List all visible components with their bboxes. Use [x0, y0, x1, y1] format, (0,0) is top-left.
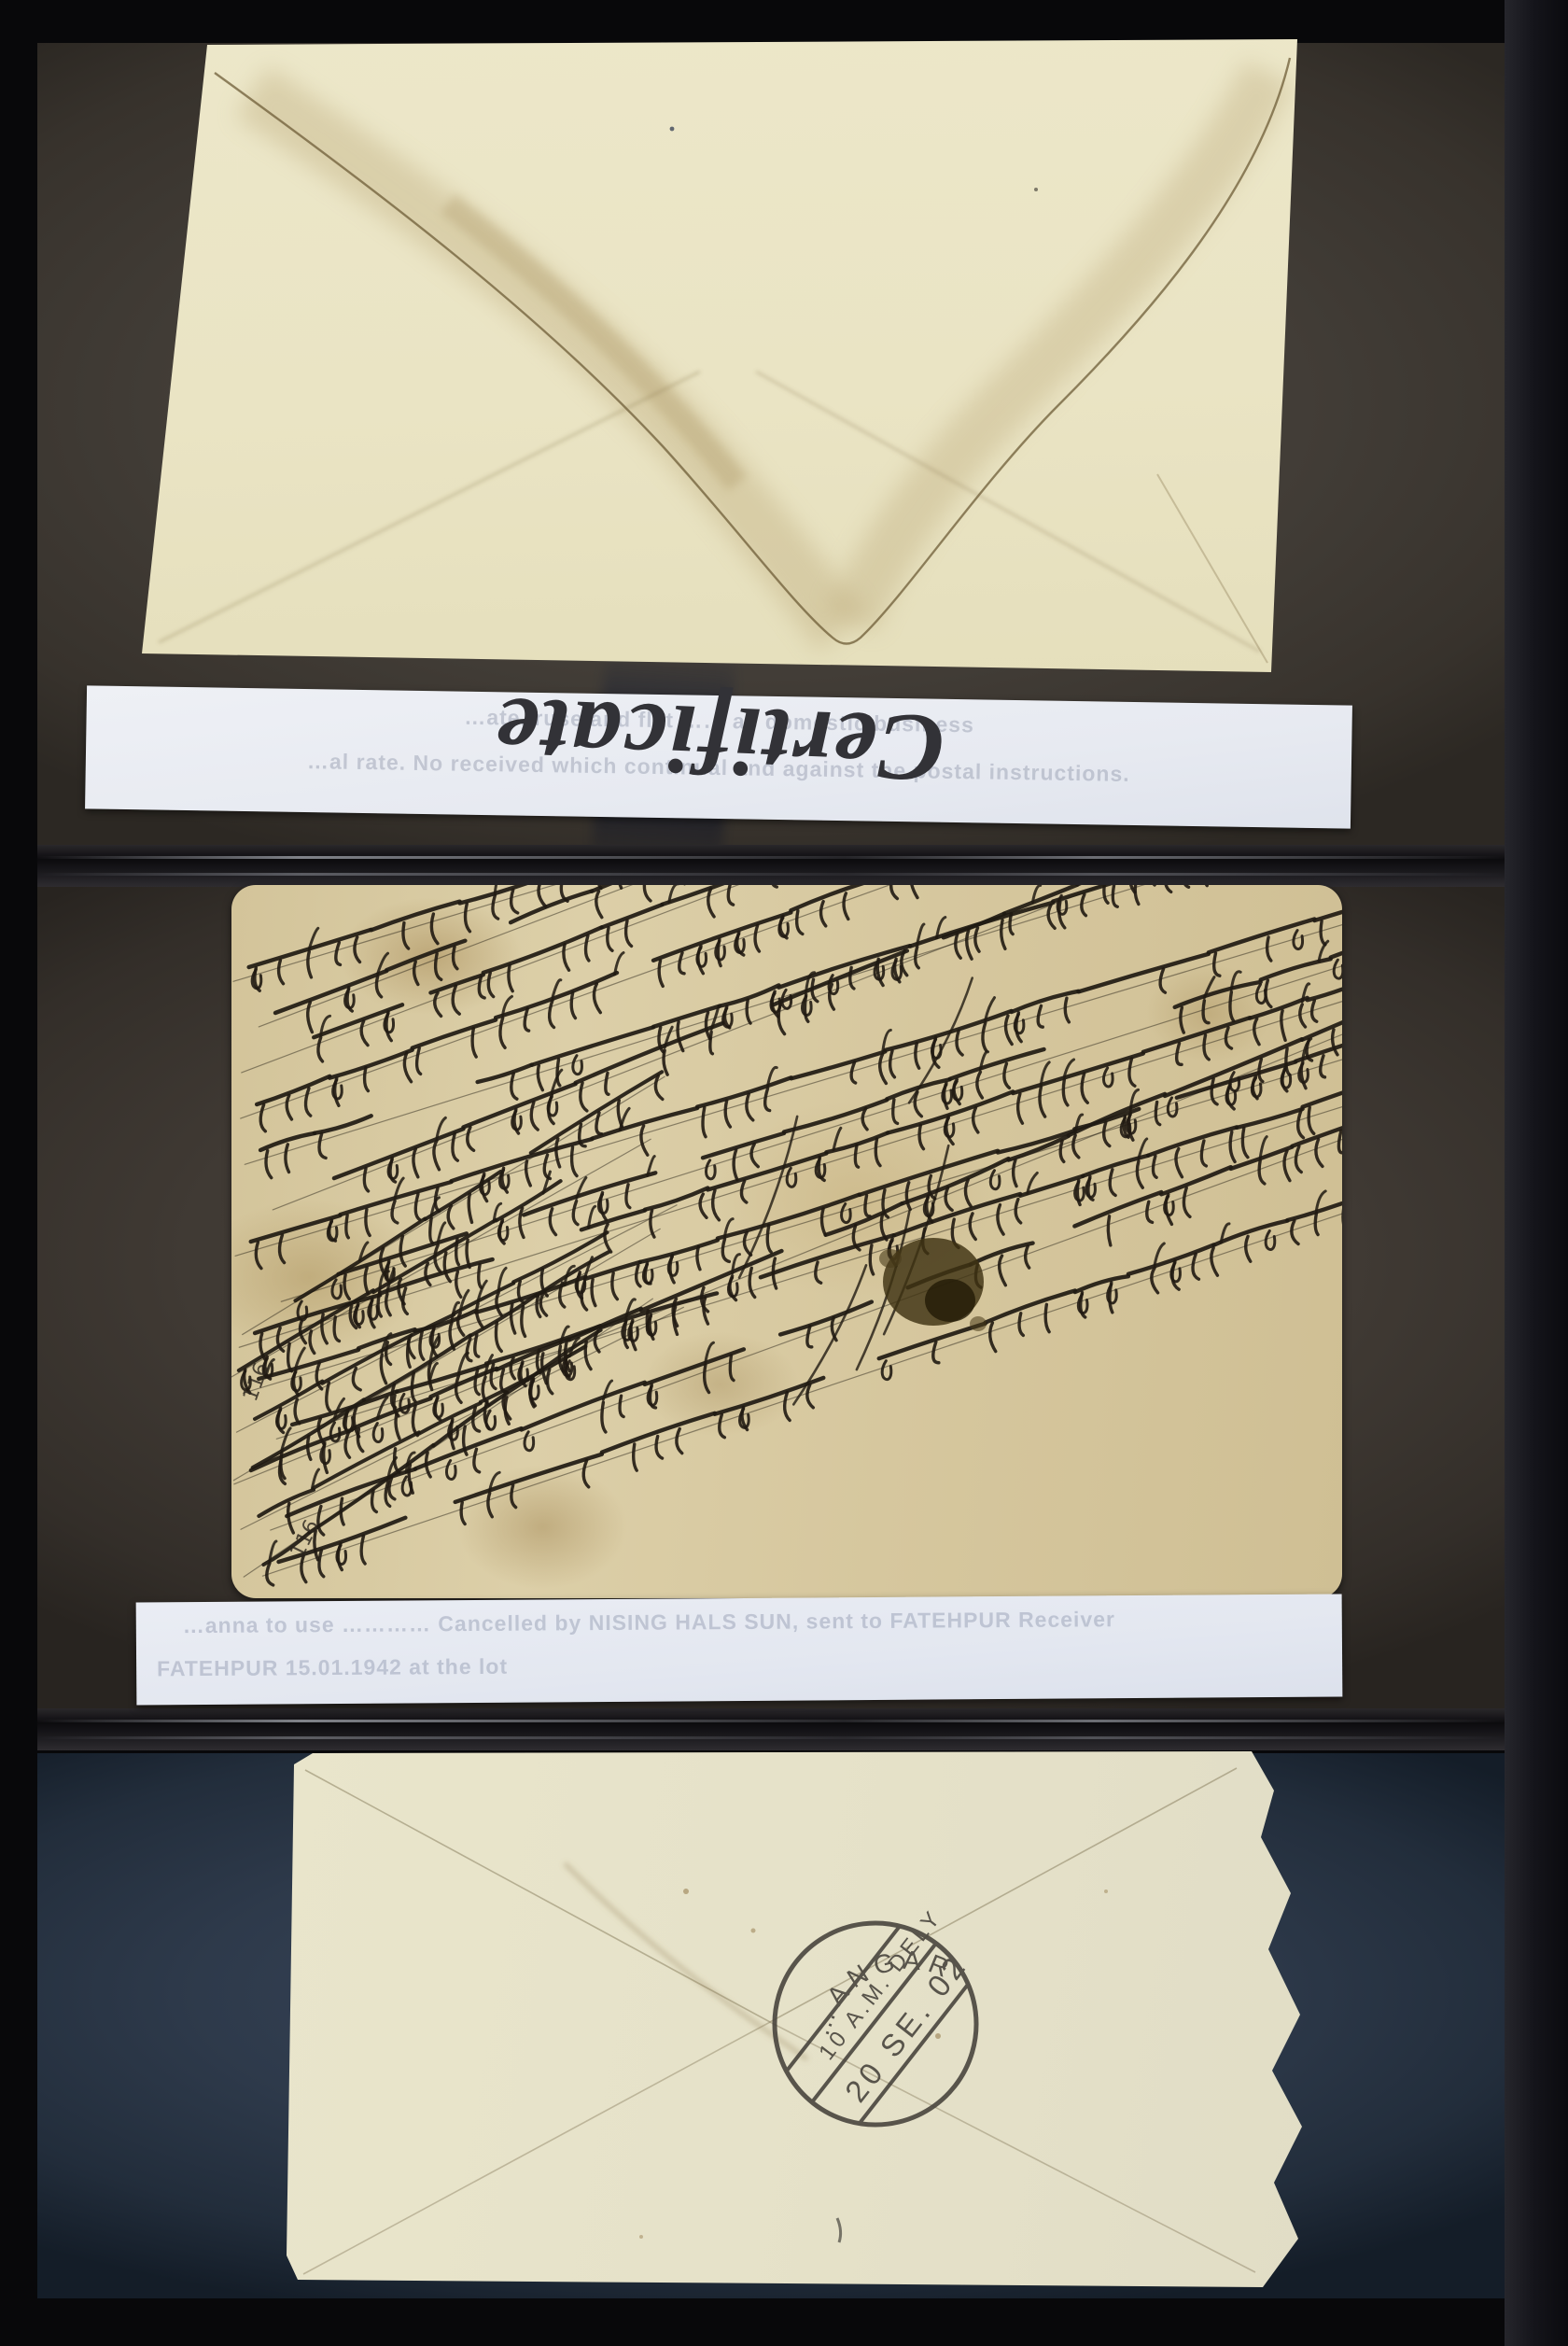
handwriting-stroke — [1168, 1098, 1177, 1117]
handwriting-stroke — [705, 1365, 709, 1392]
sleeve-seam-highlight — [37, 856, 1505, 859]
handwriting-stroke — [308, 1437, 311, 1460]
handwriting-stroke — [538, 1065, 542, 1089]
handwriting-stroke — [973, 1108, 978, 1132]
handwriting-stroke — [807, 1327, 812, 1347]
handwriting-stroke — [467, 1240, 469, 1267]
handwriting-stroke — [1338, 1131, 1342, 1152]
handwriting-stroke — [376, 976, 381, 997]
handwriting-stroke — [1246, 1236, 1251, 1261]
handwriting-stroke — [1153, 1156, 1156, 1177]
handwriting-stroke — [772, 885, 777, 887]
handwriting-stroke — [616, 885, 621, 888]
handwriting-stroke — [957, 1031, 962, 1055]
handwriting-stroke — [479, 1265, 482, 1288]
handwriting-stroke — [747, 1094, 753, 1120]
handwriting-stroke — [444, 1253, 450, 1282]
handwriting-stroke — [456, 1271, 461, 1297]
handwriting-stroke — [1073, 1135, 1079, 1158]
handwriting-stroke — [1015, 1200, 1020, 1223]
handwriting-stroke — [1259, 1160, 1265, 1184]
handwriting-stroke — [319, 1133, 326, 1158]
handwriting-stroke — [1040, 1087, 1045, 1117]
handwriting-stroke — [1175, 982, 1261, 1007]
handwriting-stroke — [1201, 885, 1207, 886]
handwriting-stroke — [522, 1307, 525, 1337]
caption-bleed-text: …anna to use ………… Cancelled by NISING HA… — [183, 1607, 1115, 1638]
handwriting-stroke — [749, 1268, 755, 1297]
handwriting-stroke — [1334, 960, 1342, 978]
handwriting-stroke — [1321, 1056, 1325, 1077]
handwriting-stroke — [1183, 885, 1189, 887]
handwriting-stroke — [259, 1350, 358, 1379]
handwriting-stroke — [345, 1433, 349, 1457]
handwriting-stroke — [371, 902, 460, 931]
handwriting-stroke — [280, 1235, 285, 1263]
handwriting-stroke — [919, 1125, 923, 1148]
handwriting-stroke — [608, 928, 612, 951]
handwriting-stroke — [906, 1183, 910, 1210]
handwriting-stroke — [594, 984, 600, 1013]
sleeve-seam-highlight — [37, 1736, 1505, 1739]
handwriting-stroke — [1148, 1127, 1237, 1155]
handwriting-stroke — [882, 1361, 891, 1380]
handwriting-stroke — [496, 1323, 501, 1352]
handwriting-stroke — [678, 1021, 683, 1050]
foxing-speck — [1104, 1889, 1108, 1893]
handwriting-stroke — [710, 1032, 713, 1053]
handwriting-stroke — [592, 1108, 697, 1139]
handwriting-stroke — [573, 1056, 582, 1075]
handwriting-stroke — [722, 1239, 729, 1261]
top-envelope — [140, 35, 1302, 678]
foxing-speck — [751, 1929, 756, 1933]
handwriting-stroke — [353, 1369, 360, 1390]
handwriting-stroke — [990, 1323, 996, 1351]
handwriting-stroke — [1155, 1102, 1159, 1124]
handwriting-stroke — [664, 1050, 667, 1075]
bottom-envelope: …ANGARH 10 A.M. DELY 20 SE. 02 — [285, 1751, 1311, 2293]
handwriting-stroke — [464, 1426, 467, 1454]
handwriting-stroke — [361, 1536, 365, 1564]
handwriting-stroke — [602, 1402, 606, 1432]
handwriting-stroke — [643, 1265, 652, 1284]
handwriting-stroke — [1193, 1254, 1198, 1279]
handwriting-stroke — [656, 1436, 663, 1458]
handwriting-stroke — [778, 1004, 784, 1033]
handwriting-stroke — [880, 1054, 887, 1084]
handwriting-stroke — [659, 961, 663, 986]
handwriting-stroke — [344, 1274, 349, 1299]
handwriting-stroke — [592, 1279, 595, 1305]
handwriting-stroke — [975, 928, 979, 951]
handwriting-stroke — [1309, 1107, 1314, 1133]
handwriting-stroke — [556, 1139, 560, 1167]
handwriting-stroke — [765, 1089, 770, 1111]
handwriting-stroke — [520, 1208, 524, 1237]
handwriting-stroke — [842, 1204, 851, 1223]
handwriting-stroke — [596, 892, 602, 918]
handwriting-stroke — [885, 1011, 1011, 1050]
handwriting-stroke — [703, 1107, 706, 1136]
handwriting-stroke — [1300, 1004, 1306, 1027]
handwriting-stroke — [455, 1454, 602, 1502]
handwriting-stroke — [292, 1372, 301, 1391]
handwriting-stroke — [986, 1291, 1075, 1323]
handwriting-stroke — [713, 1190, 720, 1220]
handwriting-stroke — [784, 1100, 887, 1131]
handwriting-stroke — [336, 943, 341, 965]
handwriting-stroke — [366, 1210, 370, 1236]
handwriting-stroke — [747, 1000, 750, 1023]
handwriting-stroke — [734, 1150, 737, 1180]
handwriting-stroke — [697, 1077, 791, 1106]
handwriting-stroke — [620, 1396, 623, 1416]
caption-strip: …anna to use ………… Cancelled by NISING HA… — [136, 1594, 1343, 1705]
handwriting-stroke — [1018, 1094, 1023, 1124]
handwriting-stroke — [475, 1335, 479, 1357]
handwriting-stroke — [1104, 885, 1108, 903]
handwriting-stroke — [677, 1429, 682, 1454]
handwriting-stroke — [392, 1201, 398, 1223]
handwriting-stroke — [730, 1356, 734, 1381]
handwriting-stroke — [346, 1215, 348, 1238]
devanagari-handwriting — [231, 885, 1342, 1598]
handwriting-stroke — [1075, 1276, 1128, 1292]
handwriting-stroke — [970, 1214, 975, 1240]
handwriting-stroke — [990, 1171, 1000, 1189]
handwriting-stroke — [953, 1081, 962, 1100]
handwriting-stroke — [573, 1201, 578, 1224]
handwriting-stroke — [641, 1126, 648, 1155]
handwriting-stroke — [644, 885, 651, 901]
handwriting-stroke — [251, 1430, 352, 1470]
handwriting-stroke — [369, 1300, 378, 1319]
handwriting-stroke — [998, 1205, 1003, 1235]
handwriting-stroke — [1045, 1304, 1049, 1331]
handwriting-stroke — [1308, 981, 1342, 1000]
bottom-envelope-detail: …ANGARH 10 A.M. DELY 20 SE. 02 — [285, 1751, 1311, 2293]
handwriting-stroke — [389, 1478, 395, 1499]
handwriting-stroke — [1181, 1007, 1183, 1033]
handwriting-stroke — [461, 1502, 465, 1524]
handwriting-stroke — [679, 953, 684, 974]
handwriting-stroke — [365, 1268, 368, 1294]
handwriting-stroke — [1160, 969, 1165, 992]
handwriting-stroke — [640, 1240, 718, 1261]
handwriting-stroke — [779, 946, 911, 988]
handwriting-stroke — [1225, 1028, 1231, 1048]
album-photo: …ate, ruse and flat …… as domestic busin… — [0, 0, 1568, 2346]
handwriting-stroke — [706, 1013, 709, 1039]
handwriting-stroke — [862, 1109, 867, 1130]
handwriting-stroke — [400, 1236, 405, 1266]
ink-blot — [879, 1249, 902, 1268]
handwriting-stroke — [626, 1185, 630, 1208]
handwriting-stroke — [605, 1224, 611, 1252]
handwriting-stroke — [720, 1414, 725, 1437]
handwriting-stroke — [787, 1168, 796, 1187]
handwriting-stroke — [509, 965, 512, 990]
handwriting-stroke — [486, 1411, 496, 1429]
handwriting-stroke — [1165, 1197, 1174, 1215]
handwriting-stroke — [707, 1153, 826, 1189]
handwriting-stroke — [564, 945, 569, 971]
handwriting-stroke — [529, 1381, 539, 1399]
handwriting-stroke — [1201, 1141, 1206, 1166]
handwriting-stroke — [1038, 1005, 1043, 1027]
handwriting-stroke — [744, 1232, 750, 1255]
handwriting-stroke — [488, 973, 493, 997]
handwritten-postcard: 116 116 — [231, 885, 1342, 1598]
ink-speck — [670, 127, 675, 132]
handwriting-stroke — [833, 1128, 841, 1150]
handwriting-stroke — [1110, 1170, 1115, 1196]
handwriting-stroke — [1211, 1248, 1218, 1275]
handwriting-stroke — [386, 1294, 390, 1315]
handwriting-stroke — [881, 1215, 887, 1240]
handwriting-stroke — [1267, 937, 1271, 961]
handwriting-stroke — [602, 905, 663, 928]
handwriting-stroke — [1292, 1221, 1298, 1244]
handwriting-stroke — [414, 962, 418, 984]
handwriting-stroke — [275, 971, 386, 1013]
handwriting-stroke — [505, 1398, 509, 1424]
handwriting-stroke — [1211, 1079, 1217, 1104]
handwriting-stroke — [653, 912, 791, 960]
handwriting-stroke — [1082, 1074, 1087, 1103]
handwriting-stroke — [915, 1092, 921, 1117]
handwriting-stroke — [945, 1118, 954, 1137]
handwriting-stroke — [550, 1209, 555, 1235]
handwriting-stroke — [295, 1399, 300, 1424]
certificate-strip: …ate, ruse and flat …… as domestic busin… — [85, 685, 1352, 828]
handwriting-stroke — [1230, 992, 1234, 1021]
handwriting-stroke — [417, 1048, 421, 1075]
handwriting-stroke — [950, 1049, 1044, 1079]
handwriting-stroke — [1135, 885, 1139, 904]
handwriting-stroke — [1315, 1214, 1318, 1235]
handwriting-stroke — [708, 889, 714, 917]
handwriting-stroke — [288, 1343, 292, 1370]
handwriting-stroke — [488, 1493, 492, 1516]
handwriting-stroke — [372, 1491, 377, 1512]
handwriting-stroke — [365, 1068, 369, 1091]
handwriting-stroke — [1129, 1059, 1135, 1086]
handwriting-stroke — [1214, 953, 1220, 976]
handwriting-stroke — [1065, 998, 1069, 1022]
handwriting-stroke — [645, 1188, 707, 1210]
handwriting-stroke — [751, 1145, 758, 1167]
handwriting-stroke — [479, 976, 484, 998]
handwriting-stroke — [1082, 894, 1086, 916]
handwriting-stroke — [245, 885, 1342, 1164]
sleeve-seam-lower — [37, 1708, 1505, 1750]
handwriting-stroke — [626, 920, 632, 946]
handwriting-stroke — [256, 1243, 261, 1269]
handwriting-stroke — [550, 1000, 554, 1028]
handwriting-stroke — [791, 1051, 886, 1078]
handwriting-stroke — [260, 1104, 265, 1131]
handwriting-stroke — [1177, 1044, 1182, 1065]
handwriting-stroke — [255, 1295, 380, 1333]
handwriting-stroke — [697, 948, 707, 966]
handwriting-stroke — [354, 1408, 358, 1437]
handwriting-stroke — [276, 1410, 286, 1428]
postmark: …ANGARH 10 A.M. DELY 20 SE. 02 — [734, 1862, 1032, 2165]
handwriting-stroke — [1204, 1035, 1209, 1060]
handwriting-stroke — [774, 950, 907, 1004]
handwriting-stroke — [1015, 1015, 1024, 1033]
handwriting-stroke — [1203, 1001, 1209, 1023]
handwriting-stroke — [1000, 1256, 1006, 1285]
handwriting-stroke — [1312, 1001, 1317, 1021]
handwriting-stroke — [893, 1100, 898, 1124]
handwriting-stroke — [971, 1243, 1033, 1265]
handwriting-stroke — [653, 1006, 720, 1027]
handwriting-stroke — [1266, 980, 1271, 1007]
handwriting-stroke — [548, 1097, 557, 1116]
handwriting-stroke — [767, 1226, 771, 1253]
ink-blot — [970, 1316, 987, 1331]
handwriting-stroke — [327, 1383, 330, 1412]
handwriting-stroke — [1104, 1122, 1110, 1145]
handwriting-stroke — [267, 1563, 273, 1585]
handwriting-stroke — [511, 890, 518, 913]
handwriting-stroke — [655, 1075, 662, 1099]
handwriting-stroke — [851, 1062, 856, 1083]
fold-crease — [305, 1768, 1237, 2022]
handwriting-stroke — [469, 1194, 471, 1222]
handwriting-stroke — [364, 1169, 368, 1191]
handwriting-stroke — [706, 1160, 715, 1179]
handwriting-stroke — [755, 925, 759, 951]
handwriting-stroke — [1281, 1011, 1285, 1041]
handwriting-stroke — [315, 1116, 371, 1133]
handwriting-stroke — [435, 993, 441, 1017]
handwriting-stroke — [426, 1263, 430, 1285]
handwriting-stroke — [1321, 921, 1325, 945]
handwriting-stroke — [983, 1022, 987, 1050]
handwriting-stroke — [572, 1147, 577, 1176]
handwriting-stroke — [1078, 954, 1208, 991]
handwriting-stroke — [310, 1331, 315, 1354]
handwriting-stroke — [329, 1050, 412, 1078]
handwriting-stroke — [830, 984, 834, 1009]
handwriting-stroke — [319, 1550, 324, 1576]
handwriting-stroke — [944, 914, 1004, 938]
handwriting-stroke — [1013, 1054, 1143, 1093]
handwriting-stroke — [791, 885, 886, 910]
handwriting-stroke — [571, 992, 575, 1018]
ink-mark — [837, 2218, 841, 2242]
top-envelope-detail — [140, 35, 1302, 678]
handwriting-stroke — [703, 1133, 784, 1158]
handwriting-stroke — [1004, 1063, 1010, 1088]
handwriting-stroke — [259, 1490, 314, 1516]
handwriting-stroke — [641, 1251, 782, 1311]
fold-crease — [1157, 474, 1267, 663]
handwriting-stroke — [741, 1181, 746, 1202]
handwriting-stroke — [466, 904, 470, 932]
handwriting-stroke — [415, 1194, 420, 1220]
handwriting-stroke — [1316, 1139, 1323, 1166]
handwriting-stroke — [1161, 1167, 1231, 1194]
handwriting-stroke — [612, 1273, 617, 1299]
handwriting-stroke — [700, 1194, 707, 1217]
handwriting-stroke — [279, 961, 284, 984]
handwriting-stroke — [586, 935, 589, 961]
handwriting-stroke — [493, 895, 498, 919]
handwriting-stroke — [780, 1302, 872, 1335]
handwriting-stroke — [1209, 920, 1315, 953]
handwriting-stroke — [448, 1205, 454, 1228]
handwriting-stroke — [956, 934, 960, 959]
handwriting-stroke — [1010, 914, 1013, 934]
handwriting-stroke — [725, 1101, 730, 1127]
handwriting-stroke — [933, 1342, 939, 1363]
handwriting-stroke — [821, 1209, 825, 1235]
handwriting-stroke — [844, 893, 848, 920]
handwriting-stroke — [1254, 1018, 1259, 1044]
handwriting-stroke — [266, 1151, 272, 1178]
handwriting-stroke — [1137, 1161, 1142, 1187]
handwriting-stroke — [1331, 914, 1342, 957]
handwriting-stroke — [1176, 1148, 1182, 1176]
sleeve-seam-highlight — [37, 1720, 1505, 1722]
handwriting-stroke — [697, 1247, 700, 1270]
handwriting-stroke — [468, 1127, 474, 1150]
handwriting-stroke — [526, 1161, 531, 1186]
handwriting-stroke — [1152, 1268, 1158, 1293]
handwriting-stroke — [1266, 1230, 1275, 1249]
handwriting-stroke — [1286, 1048, 1289, 1074]
handwriting-stroke — [785, 1392, 791, 1420]
handwriting-stroke — [576, 1023, 723, 1083]
handwriting-stroke — [728, 885, 733, 905]
handwriting-stroke — [855, 1145, 858, 1167]
handwriting-stroke — [1113, 885, 1117, 906]
handwriting-stroke — [821, 902, 826, 926]
handwriting-stroke — [431, 914, 438, 944]
handwriting-stroke — [911, 885, 917, 898]
handwriting-stroke — [967, 931, 972, 960]
handwriting-stroke — [403, 923, 409, 948]
handwriting-stroke — [1237, 1109, 1302, 1128]
handwriting-stroke — [865, 1196, 870, 1216]
handwriting-stroke — [945, 1187, 952, 1210]
handwriting-stroke — [1063, 1080, 1068, 1105]
handwriting-stroke — [287, 1095, 291, 1119]
handwriting-stroke — [1165, 885, 1170, 892]
handwriting-stroke — [500, 1018, 505, 1047]
handwriting-stroke — [1048, 905, 1055, 928]
handwriting-stroke — [1026, 1246, 1029, 1268]
handwriting-stroke — [943, 1085, 952, 1103]
handwriting-stroke — [1214, 1221, 1288, 1245]
ink-blot — [925, 1279, 975, 1322]
handwriting-stroke — [525, 1009, 528, 1031]
handwriting-stroke — [1147, 1201, 1153, 1222]
handwriting-stroke — [454, 947, 457, 969]
foxing-speck — [683, 1889, 689, 1894]
handwriting-stroke — [262, 1163, 1342, 1577]
handwriting-stroke — [615, 952, 623, 974]
handwriting-stroke — [637, 1265, 640, 1285]
handwriting-stroke — [1294, 931, 1303, 949]
handwriting-stroke — [592, 885, 675, 892]
handwriting-stroke — [511, 1485, 516, 1508]
